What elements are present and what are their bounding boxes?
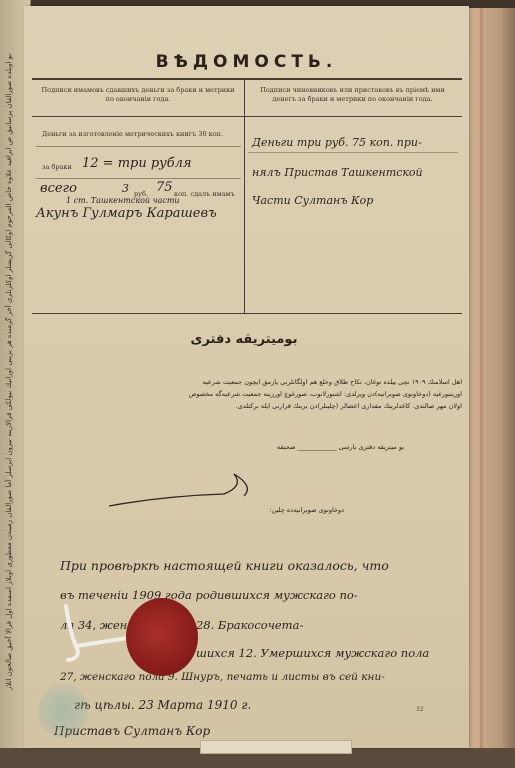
handwritten-imam-signature: Акунъ Гулмаръ Карашевъ — [36, 206, 217, 221]
paper-tab-bottom — [200, 740, 352, 754]
certification-line-4: шихся 12. Умершихся мужскаго пола — [196, 646, 429, 660]
page-number: 32 — [416, 706, 424, 713]
handwritten-receipt-line-2: нялъ Пристав Ташкентской — [252, 166, 423, 179]
red-wax-seal — [126, 598, 198, 676]
printed-marriages-label: за браки — [42, 163, 72, 171]
printed-books-fee: Деньги за изготовленiе метрическихъ книг… — [42, 130, 223, 138]
arabic-member-signature-label: دوخاونوی صوبرانیه‌ده چلین: — [144, 506, 344, 514]
left-column-header: Подписи имамовъ сдавшихъ деньги за браки… — [38, 86, 238, 104]
table-top-rule — [32, 78, 462, 80]
handwritten-marriages-count: 12 = три рубля — [82, 156, 192, 171]
page-title: ВѢДОМОСТЬ. — [24, 52, 469, 72]
certification-line-1: При провѣркѣ настоящей книги оказалось, … — [60, 558, 389, 573]
arabic-sheet-count-line: بو میتریقه دفتری بارسی ____________ صحیف… — [174, 443, 404, 451]
table-column-divider — [244, 78, 245, 314]
handwritten-total-label: всего — [40, 181, 77, 196]
table-header-rule — [32, 116, 462, 117]
handwritten-receipt-line-3: Части Султанъ Кор — [252, 194, 373, 207]
right-column-header: Подписи чиновниковъ или приставовъ въ пр… — [250, 86, 455, 104]
row-rule — [248, 152, 458, 153]
handwritten-total-rubles: 3 — [122, 182, 129, 195]
arabic-paragraph-line-1: اهل اسلامنك ۱۹۰۹ نچی ییلده توغان، نکاح ط… — [30, 376, 462, 388]
row-rule — [36, 146, 241, 147]
handwritten-total-kopecks: 75 — [156, 180, 173, 195]
arabic-paragraph-line-2: اورینبورغیه (دوخاونوی صوبرانیه)دن ویرلدی… — [30, 388, 462, 400]
binding-string — [62, 602, 132, 662]
arabic-section-title: بومیتریقه دفتری — [124, 332, 364, 347]
row-rule — [36, 178, 241, 179]
certification-line-5: 27, женскаго пола 9. Шнуръ, печать и лис… — [60, 671, 385, 683]
table-bottom-rule — [32, 313, 462, 314]
handwritten-receipt-line-1: Деньги три руб. 75 коп. при- — [252, 136, 422, 149]
blue-ink-stamp — [38, 684, 88, 738]
left-page-vertical-text: بو اویلده صورالقان پرسانیق ص ابرافیه علا… — [4, 40, 26, 690]
certification-line-6-date: гѣ цѣлы. 23 Марта 1910 г. — [74, 698, 251, 712]
arabic-paragraph-line-3: اولان مهر صالندی. کاغدلرینك مقداری اعضال… — [30, 400, 462, 412]
printed-handed-by-imam: коп. сдалъ имамъ — [174, 190, 235, 198]
certification-line-2: въ теченiи 1909 года родившихся мужскаго… — [60, 588, 358, 602]
handwritten-district: 1 ст. Ташкентской части — [66, 196, 180, 205]
